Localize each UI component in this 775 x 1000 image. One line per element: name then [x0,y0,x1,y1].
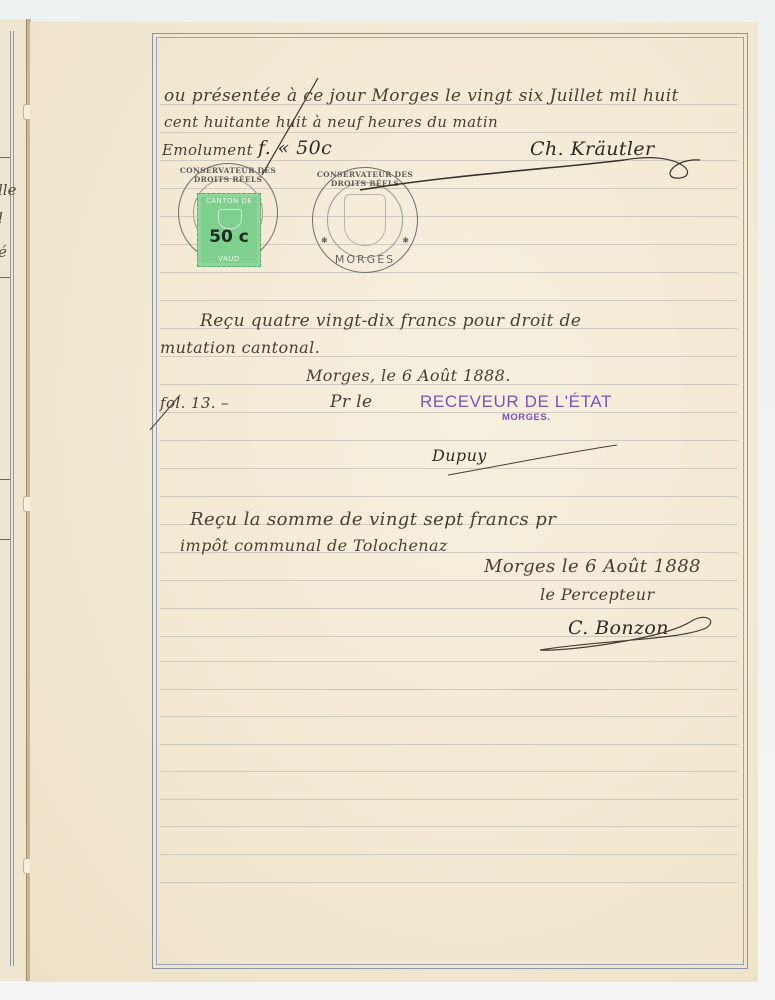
pen-flourishes [0,0,775,1000]
